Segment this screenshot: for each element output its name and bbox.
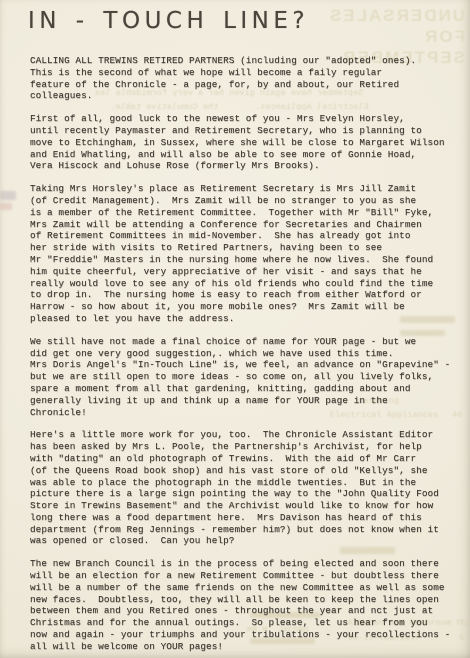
page-title: IN - TOUCH LINE? xyxy=(28,8,309,34)
newsletter-page: UNDERSALES FOR SEPTEMBER September have … xyxy=(0,0,470,658)
body-paragraph-page-name: We still have not made a final choice of… xyxy=(30,336,470,419)
body-paragraph-zamit: Taking Mrs Horsley's place as Retirement… xyxy=(30,183,470,325)
body-paragraph-horsley: First of all, good luck to the newest of… xyxy=(30,113,470,172)
article-body: CALLING ALL TREWINS RETIRED PARTNERS (in… xyxy=(30,55,470,658)
body-paragraph-council: The new Branch Council is in the process… xyxy=(30,558,470,652)
body-paragraph-calling-all: CALLING ALL TREWINS RETIRED PARTNERS (in… xyxy=(30,55,470,102)
bleed-through-masthead-line1: UNDERSALES xyxy=(293,5,465,26)
scan-smudge xyxy=(0,203,12,210)
body-paragraph-archivist: Here's a little more work for you, too. … xyxy=(30,429,470,547)
scan-smudge xyxy=(0,191,16,200)
